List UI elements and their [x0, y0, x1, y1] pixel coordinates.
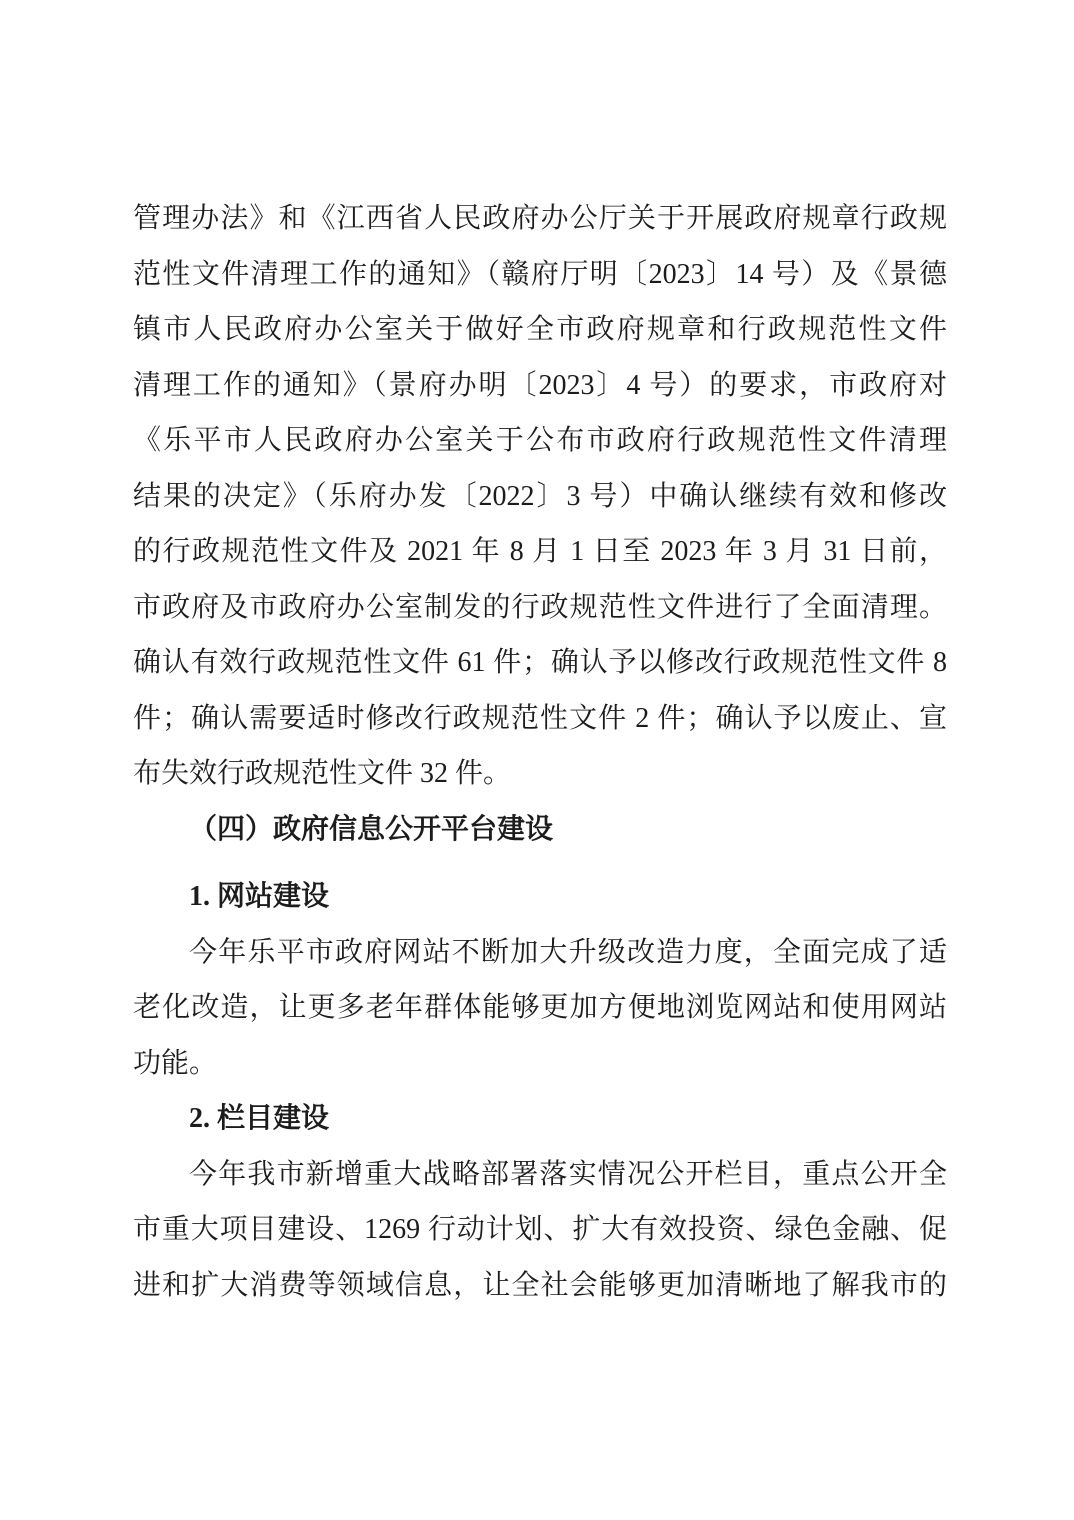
body-line-1: 管理办法》和《江西省人民政府办公厅关于开展政府规章行政规	[133, 191, 947, 247]
body-line-9: 确认有效行政规范性文件 61 件；确认予以修改行政规范性文件 8	[133, 635, 947, 691]
body-line-15: 老化改造，让更多老年群体能够更加方便地浏览网站和使用网站	[133, 980, 947, 1036]
document-page: 管理办法》和《江西省人民政府办公厅关于开展政府规章行政规 范性文件清理工作的通知…	[0, 0, 1074, 1520]
body-line-16: 功能。	[133, 1036, 947, 1092]
body-line-2: 范性文件清理工作的通知》（赣府厅明〔2023〕14 号）及《景德	[133, 247, 947, 303]
body-line-8: 市政府及市政府办公室制发的行政规范性文件进行了全面清理。	[133, 580, 947, 636]
text-block: 管理办法》和《江西省人民政府办公厅关于开展政府规章行政规 范性文件清理工作的通知…	[133, 191, 947, 1313]
subsection-heading-1: 1. 网站建设	[133, 869, 947, 925]
body-line-11: 布失效行政规范性文件 32 件。	[133, 746, 947, 802]
subsection-heading-2: 2. 栏目建设	[133, 1091, 947, 1147]
body-line-14: 今年乐平市政府网站不断加大升级改造力度，全面完成了适	[133, 925, 947, 981]
body-line-7: 的行政规范性文件及 2021 年 8 月 1 日至 2023 年 3 月 31 …	[133, 524, 947, 580]
body-line-20: 进和扩大消费等领域信息，让全社会能够更加清晰地了解我市的	[133, 1258, 947, 1314]
body-line-3: 镇市人民政府办公室关于做好全市政府规章和行政规范性文件	[133, 302, 947, 358]
body-line-18: 今年我市新增重大战略部署落实情况公开栏目，重点公开全	[133, 1147, 947, 1203]
body-line-19: 市重大项目建设、1269 行动计划、扩大有效投资、绿色金融、促	[133, 1202, 947, 1258]
body-line-6: 结果的决定》（乐府办发〔2022〕3 号）中确认继续有效和修改	[133, 469, 947, 525]
body-line-4: 清理工作的通知》（景府办明〔2023〕4 号）的要求，市政府对	[133, 358, 947, 414]
section-heading-4: （四）政府信息公开平台建设	[133, 802, 947, 858]
body-line-5: 《乐平市人民政府办公室关于公布市政府行政规范性文件清理	[133, 413, 947, 469]
body-line-10: 件；确认需要适时修改行政规范性文件 2 件；确认予以废止、宣	[133, 691, 947, 747]
